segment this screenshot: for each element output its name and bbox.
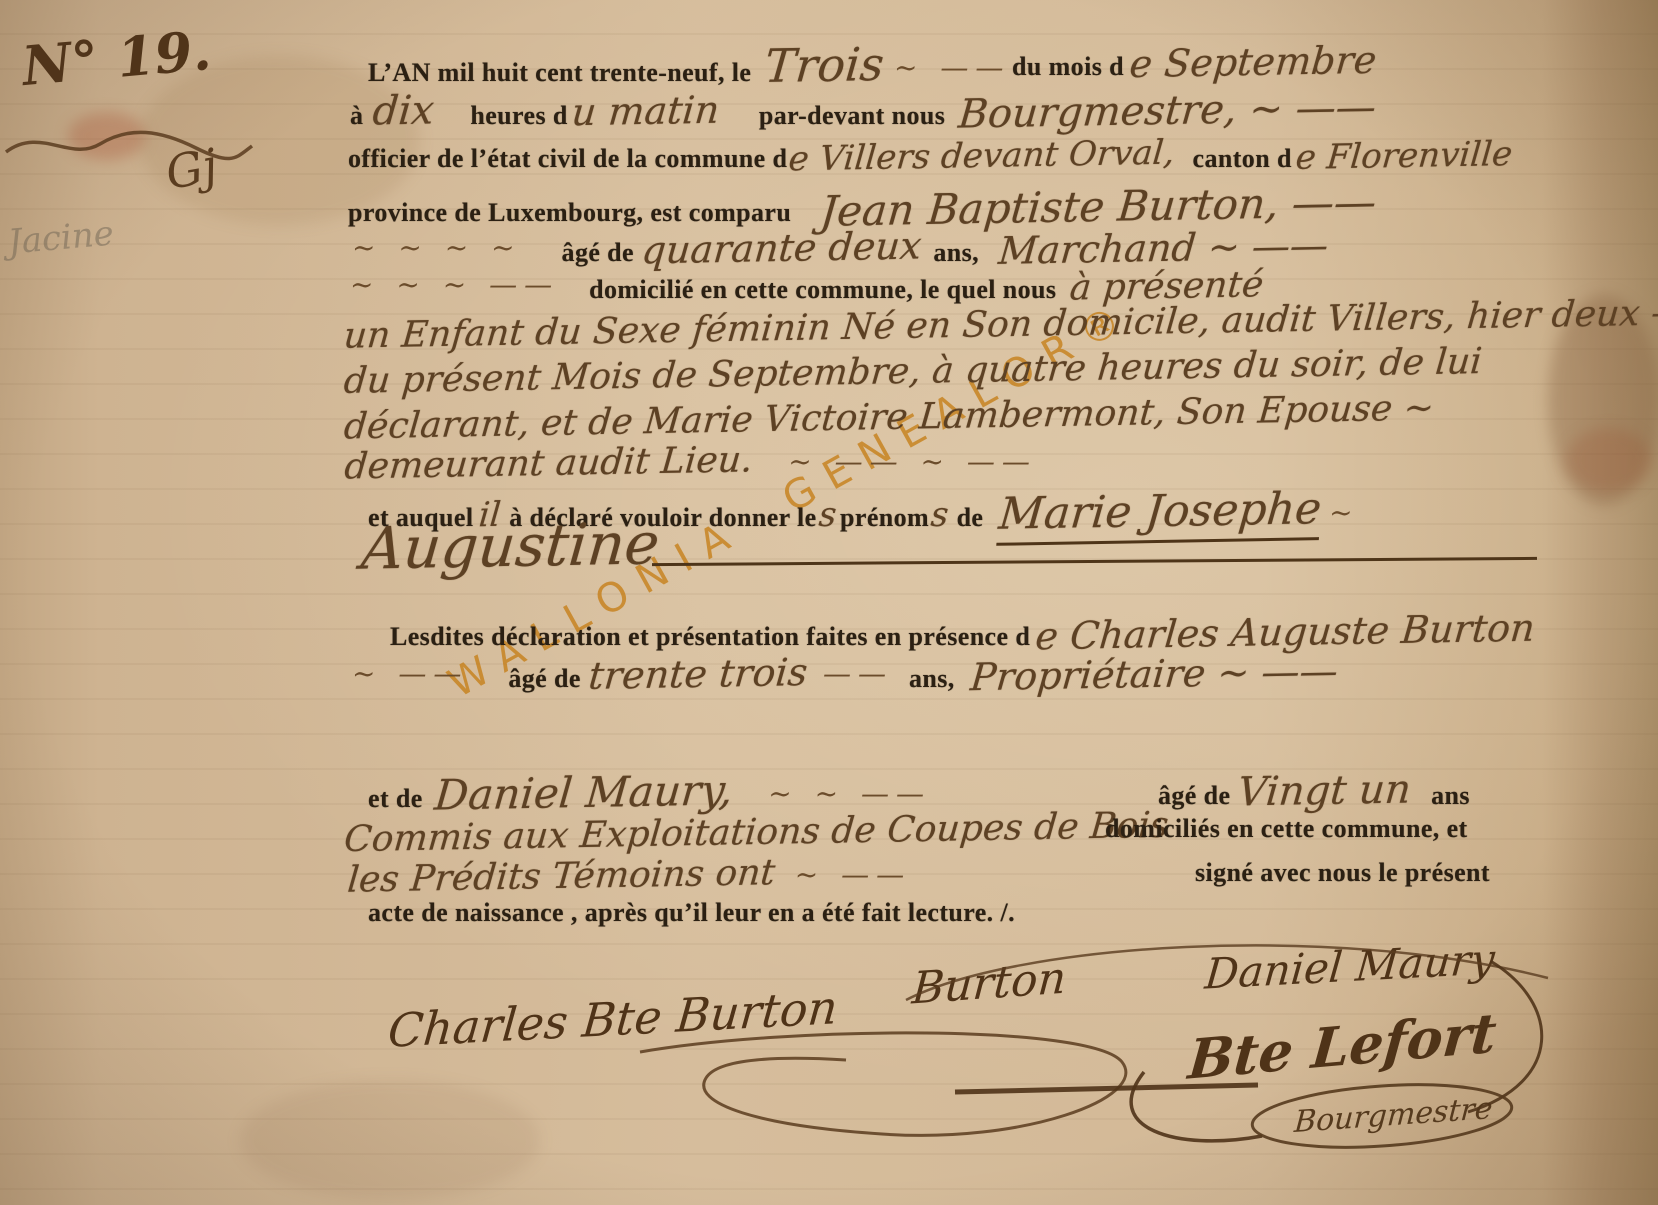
handwritten-residence: demeurant audit Lieu. [343, 439, 754, 487]
body-line-witnesses-signed: les Prédits Témoins ont ~ —— [348, 856, 911, 897]
printed-text: de [957, 503, 984, 533]
printed-text: domiciliés en cette commune, et [1105, 814, 1468, 844]
printed-text: heures d [470, 101, 567, 131]
body-line-domiciled: domiciliés en cette commune, et [1105, 814, 1468, 844]
body-line-child-birth: un Enfant du Sexe féminin Né en Son domi… [345, 304, 1658, 345]
printed-text: ans [1431, 781, 1470, 811]
body-line-month: du mois d e Septembre [1012, 40, 1376, 84]
body-line-residence: demeurant audit Lieu. ~ —— ~ —— [345, 443, 1037, 484]
body-line-signed-with-us: signé avec nous le présent [1195, 858, 1490, 888]
paper-stain [1566, 428, 1652, 492]
body-line-commune: officier de l’état civil de la commune d… [348, 136, 1512, 176]
printed-text: province de Luxembourg, est comparu [348, 198, 791, 228]
handwritten-child-name-augustine: Augustine [359, 509, 662, 582]
flourish: ~ —— [795, 858, 911, 891]
body-line-witness-1-age: ~ —— âgé de trente trois —— ans, Proprié… [352, 652, 1337, 696]
printed-text: acte de naissance , après qu’il leur en … [368, 898, 1015, 928]
handwritten-time-of-day: u matin [570, 88, 721, 135]
flourish: ~ ~ ~ ~ [352, 231, 522, 264]
printed-text: à [350, 101, 363, 131]
printed-text: domicilié en cette commune, le quel nous [589, 275, 1056, 305]
charles-signature-paraph [640, 1033, 1126, 1135]
printed-text: ans, [909, 664, 955, 694]
printed-text: âgé de [562, 238, 634, 268]
printed-text: officier de l’état civil de la commune d [348, 144, 787, 174]
flourish: ~ ~ ~ —— [350, 268, 559, 301]
margin-act-number: N° 19. [20, 18, 214, 98]
signature-jean-baptiste-burton: Burton [910, 952, 1067, 1014]
body-line-birth-time: du présent Mois de Septembre, à quatre h… [345, 351, 1481, 392]
margin-pencil-note: Jacine [6, 213, 115, 262]
document-scan: WALLONIA GENEALOR® N° 19. Gj Jacine L’AN… [0, 0, 1658, 1205]
printed-text: par-devant nous [759, 101, 945, 131]
handwritten-child-names: Marie Josephe [997, 483, 1324, 546]
printed-text: signé avec nous le présent [1195, 858, 1490, 888]
printed-text: L’AN mil huit cent trente-neuf, le [368, 58, 751, 88]
body-line-hour-officer: à dix heures d u matin par-devant nous B… [350, 88, 1376, 134]
flourish: ~ —— [894, 51, 1010, 84]
body-line-mother: déclarant, et de Marie Victoire Lambermo… [345, 397, 1433, 438]
handwritten-witnesses-note: les Prédits Témoins ont [346, 852, 777, 900]
handwritten-mother-name: déclarant, et de Marie Victoire Lambermo… [342, 388, 1436, 448]
handwritten-witness2-age: Vingt un [1236, 766, 1413, 815]
printed-text: Lesdites déclaration et présentation fai… [390, 622, 1030, 652]
printed-text: prénom [840, 503, 929, 533]
printed-text: et de [368, 784, 423, 814]
printed-text: âgé de [508, 664, 580, 694]
handwritten-witness1-profession: Propriétaire ~ —— [968, 649, 1339, 699]
body-line-child-name-2: Augustine [362, 512, 659, 580]
handwritten-hour: dix [371, 87, 436, 134]
margin-initials: Gj [162, 138, 222, 200]
handwritten-s: s [817, 495, 838, 535]
body-line-date: L’AN mil huit cent trente-neuf, le Trois… [368, 38, 1010, 92]
printed-text: canton d [1193, 144, 1292, 174]
signature-daniel-maury: Daniel Maury [1203, 934, 1497, 998]
body-line-witness-2-profession: Commis aux Exploitations de Coupes de Bo… [345, 812, 1168, 853]
body-line-witness-2-age: âgé de Vingt un ans [1158, 768, 1470, 814]
handwritten-officer-title: Bourgmestre, ~ —— [957, 84, 1378, 137]
red-ink-smudge [68, 112, 146, 160]
blank-fill-rule [652, 557, 1537, 566]
handwritten-witness1-age: trente trois [587, 650, 809, 698]
paper-stain [240, 1080, 540, 1200]
signature-bourgmestre-title: Bourgmestre [1293, 1091, 1494, 1140]
signature-charles-auguste-burton: Charles Bte Burton [386, 980, 840, 1058]
flourish: ~ —— [352, 657, 468, 690]
handwritten-s: s [929, 495, 950, 535]
body-line-age-profession: ~ ~ ~ ~ âgé de quarante deux ans, Marcha… [352, 226, 1328, 270]
body-line-witness-1: Lesdites déclaration et présentation fai… [390, 610, 1535, 654]
printed-text: ans, [933, 238, 979, 268]
body-line-lecture: acte de naissance , après qu’il leur en … [368, 898, 1015, 928]
flourish: ~ [1329, 496, 1359, 529]
flourish: ~ —— ~ —— [788, 445, 1037, 478]
body-line-domicile: ~ ~ ~ —— domicilié en cette commune, le … [350, 266, 1264, 307]
flourish: ~ ~ —— [768, 777, 931, 810]
margin-scribble [0, 108, 260, 188]
flourish: —— [823, 657, 893, 690]
handwritten-commune: e Villers devant Orval, [787, 133, 1176, 180]
printed-text: du mois d [1012, 52, 1124, 82]
handwritten-canton: e Florenville [1294, 134, 1514, 178]
handwritten-month: e Septembre [1128, 38, 1378, 86]
signature-lefort-bourgmestre: Bte Lefort [1186, 1000, 1499, 1092]
handwritten-day: Trois [763, 37, 887, 93]
